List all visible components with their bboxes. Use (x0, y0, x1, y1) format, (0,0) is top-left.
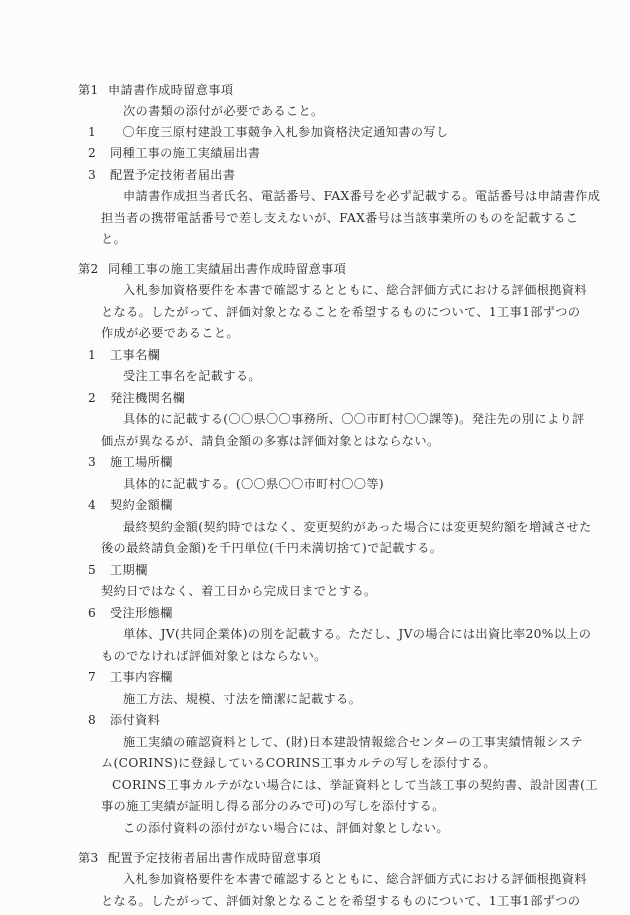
item-body-line: CORINS工事カルテがない場合には、挙証資料として当該工事の契約書、設計図書(… (112, 777, 598, 793)
item-title: 発注機関名欄 (110, 391, 185, 405)
item-body-line: 具体的に記載する(〇〇県〇〇事務所、〇〇市町村〇〇課等)。発注先の別により評 (123, 411, 585, 427)
item-body-line: ものでなければ評価対象とはならない。 (101, 648, 327, 664)
item-number: 2 (88, 390, 110, 406)
section-2-item-7: 7工事内容欄 (88, 669, 173, 685)
section-1-intro: 次の書類の添付が必要であること。 (123, 103, 324, 119)
section-2-heading: 第2同種工事の施工実績届出書作成時留意事項 (78, 261, 346, 277)
item-title: 〇年度三原村建設工事競争入札参加資格決定通知書の写し (110, 125, 449, 139)
section-title: 配置予定技術者届出書作成時留意事項 (108, 851, 321, 865)
item-title: 施工場所欄 (110, 455, 173, 469)
item-title: 添付資料 (110, 713, 160, 727)
item-number: 1 (88, 347, 110, 363)
section-2-intro-line: 作成が必要であること。 (101, 325, 239, 341)
item-number: 4 (88, 497, 110, 513)
section-title: 同種工事の施工実績届出書作成時留意事項 (108, 262, 346, 276)
document-page: 第1申請書作成時留意事項 次の書類の添付が必要であること。 1 〇年度三原村建設… (0, 0, 630, 915)
section-2-intro-line: となる。したがって、評価対象となることを希望するものについて、1工事1部ずつの (101, 304, 580, 320)
section-title: 申請書作成時留意事項 (108, 83, 233, 97)
item-body-line: 具体的に記載する。(〇〇県〇〇市町村〇〇等) (123, 476, 384, 492)
item-number: 1 (88, 124, 110, 140)
section-number: 第3 (78, 850, 108, 866)
item-title: 工期欄 (110, 563, 148, 577)
section-1-note-line: 申請書作成担当者氏名、電話番号、FAX番号を必ず記載する。電話番号は申請書作成 (123, 188, 600, 204)
section-1-item-1: 1 〇年度三原村建設工事競争入札参加資格決定通知書の写し (88, 124, 449, 140)
section-1-note-line: と。 (101, 231, 126, 247)
section-1-note-line: 担当者の携帯電話番号で差し支えないが、FAX番号は当該事業所のものを記載するこ (101, 210, 578, 226)
item-title: 工事内容欄 (110, 670, 173, 684)
section-3-intro-line: となる。したがって、評価対象となることを希望するものについて、1工事1部ずつの (101, 893, 580, 909)
section-2-item-3: 3施工場所欄 (88, 454, 173, 470)
item-number: 2 (88, 145, 110, 161)
section-3-heading: 第3配置予定技術者届出書作成時留意事項 (78, 850, 321, 866)
section-1-heading: 第1申請書作成時留意事項 (78, 82, 233, 98)
item-title: 受注形態欄 (110, 606, 173, 620)
section-2-item-8: 8添付資料 (88, 712, 160, 728)
section-number: 第1 (78, 82, 108, 98)
item-number: 8 (88, 712, 110, 728)
item-number: 3 (88, 454, 110, 470)
item-title: 同種工事の施工実績届出書 (110, 146, 260, 160)
item-body-line: 施工実績の確認資料として、(財)日本建設情報総合センターの工事実績情報システ (123, 734, 583, 750)
item-number: 5 (88, 562, 110, 578)
item-title: 配置予定技術者届出書 (110, 168, 235, 182)
item-number: 6 (88, 605, 110, 621)
item-body-line: 契約日ではなく、着工日から完成日までとする。 (101, 583, 377, 599)
item-body-line: 最終契約金額(契約時ではなく、変更契約があった場合には変更契約額を増減させた (123, 519, 592, 535)
item-number: 3 (88, 167, 110, 183)
item-title: 工事名欄 (110, 348, 160, 362)
item-body-line: 事の施工実績が証明し得る部分のみで可)の写しを添付する。 (101, 798, 445, 814)
item-body-line: 後の最終請負金額)を千円単位(千円未満切捨て)で記載する。 (101, 540, 442, 556)
section-3-intro-line: 入札参加資格要件を本書で確認するとともに、総合評価方式における評価根拠資料 (123, 871, 587, 887)
section-2-intro-line: 入札参加資格要件を本書で確認するとともに、総合評価方式における評価根拠資料 (123, 282, 587, 298)
section-2-item-2: 2発注機関名欄 (88, 390, 185, 406)
item-number: 7 (88, 669, 110, 685)
item-body-line: 単体、JV(共同企業体)の別を記載する。ただし、JVの場合には出資比率20%以上… (123, 626, 591, 642)
item-body-line: 価点が異なるが、請負金額の多寡は評価対象とはならない。 (101, 433, 440, 449)
item-body-line: 受注工事名を記載する。 (123, 368, 261, 384)
item-title: 契約金額欄 (110, 498, 173, 512)
section-1-item-3: 3配置予定技術者届出書 (88, 167, 235, 183)
item-body-line: この添付資料の添付がない場合には、評価対象としない。 (123, 820, 449, 836)
item-body-line: 施工方法、規模、寸法を簡潔に記載する。 (123, 691, 361, 707)
item-body-line: ム(CORINS)に登録しているCORINS工事カルテの写しを添付する。 (101, 755, 496, 771)
section-1-item-2: 2同種工事の施工実績届出書 (88, 145, 260, 161)
section-2-item-4: 4契約金額欄 (88, 497, 173, 513)
section-2-item-6: 6受注形態欄 (88, 605, 173, 621)
section-number: 第2 (78, 261, 108, 277)
section-2-item-5: 5工期欄 (88, 562, 148, 578)
section-2-item-1: 1工事名欄 (88, 347, 160, 363)
